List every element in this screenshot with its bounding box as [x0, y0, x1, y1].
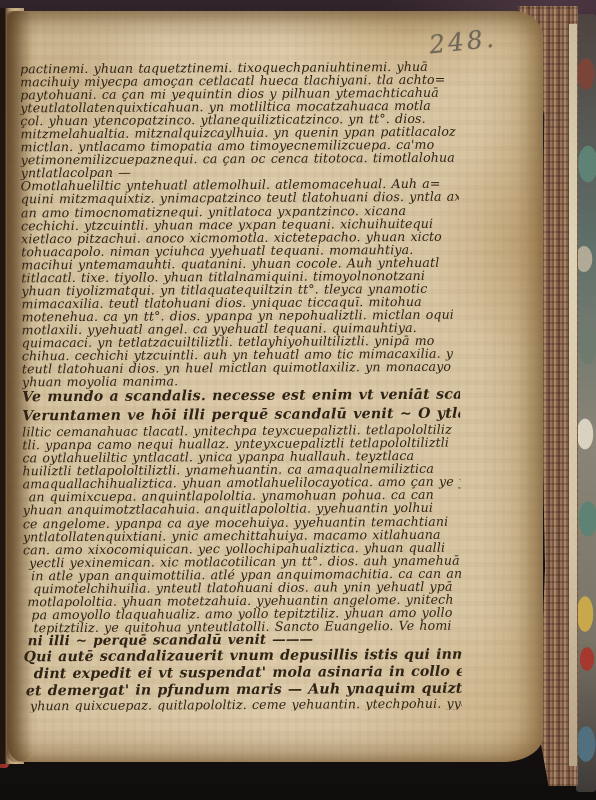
manuscript-line: Ve mundo a scandalis. necesse est enim v… [22, 386, 460, 407]
fore-edge-highlight [569, 24, 577, 766]
manuscript-line: yhuan quixcuepaz. quitlapololtiz. ceme y… [24, 697, 462, 713]
manuscript-text: pactinemi. yhuan taquetztinemi. tixoquec… [20, 60, 462, 713]
manuscript-photo: ã ≈ ã a » õ o a « ay ã ui to Om qui n a … [0, 0, 596, 800]
page-number: 248. [428, 24, 498, 60]
marbled-cover-edge [576, 14, 596, 792]
manuscript-page: 248. pactinemi. yhuan taquetztinemi. tix… [7, 11, 543, 762]
manuscript-line: dint expedit ei vt suspendat' mola asina… [24, 663, 462, 682]
